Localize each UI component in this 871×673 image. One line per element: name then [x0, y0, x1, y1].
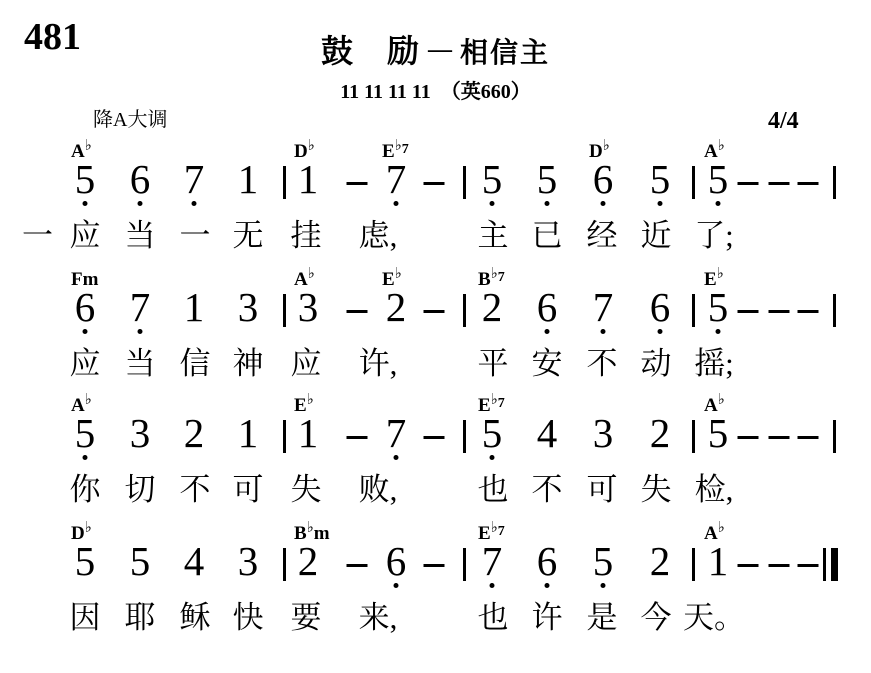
duration-dash [347, 310, 368, 313]
lyric-syllable: 不 [532, 474, 563, 505]
note-number: 6 [537, 287, 558, 328]
duration-dash [347, 436, 368, 439]
note-number: 7 [482, 541, 503, 582]
barline [692, 420, 695, 453]
duration-dash [769, 436, 790, 439]
octave-dot-low [490, 455, 495, 460]
note-number: 1 [238, 159, 259, 200]
note-number: 1 [708, 541, 729, 582]
lyric-syllable: 经 [587, 220, 618, 251]
octave-dot-low [601, 583, 606, 588]
flat-icon: ♭ [718, 138, 725, 154]
flat-icon: ♭ [395, 138, 402, 154]
flat-icon: ♭ [308, 266, 315, 282]
barline [463, 548, 466, 581]
lyric-syllable: 可 [587, 474, 618, 505]
note-number: 5 [75, 159, 96, 200]
octave-dot-low [138, 201, 143, 206]
note-number: 5 [75, 541, 96, 582]
lyric-syllable: 败, [359, 474, 398, 505]
note-number: 3 [593, 413, 614, 454]
octave-dot-low [545, 583, 550, 588]
note-number: 5 [593, 541, 614, 582]
duration-dash [424, 564, 445, 567]
lyric-syllable: 失 [641, 474, 672, 505]
lyric-syllable: 神 [233, 348, 264, 379]
note-number: 1 [298, 159, 319, 200]
note-number: 1 [238, 413, 259, 454]
lyric-syllable: 应 [291, 348, 322, 379]
note-number: 7 [130, 287, 151, 328]
barline [283, 548, 286, 581]
notation-area: A♭5671D♭1E♭7755D♭65A♭5一应当一无挂虑,主已经近了; Fm6… [0, 0, 871, 673]
barline [463, 420, 466, 453]
lyric-syllable: 切 [125, 474, 156, 505]
chord-extension: 7 [498, 396, 505, 411]
lyric-syllable: 信 [180, 348, 211, 379]
lyric-syllable: 许 [532, 602, 563, 633]
lyric-syllable: 来, [359, 602, 398, 633]
note-number: 3 [130, 413, 151, 454]
lyric-syllable: 应 [70, 220, 101, 251]
lyric-syllable: 不 [180, 474, 211, 505]
lyric-syllable: 今 [641, 602, 672, 633]
flat-icon: ♭ [307, 392, 314, 408]
duration-dash [738, 436, 759, 439]
note-number: 5 [708, 287, 729, 328]
octave-dot-low [83, 329, 88, 334]
note-number: 2 [650, 541, 671, 582]
duration-dash [424, 310, 445, 313]
lyric-syllable: 快 [233, 602, 264, 633]
barline [283, 166, 286, 199]
final-barline-thin [823, 548, 826, 581]
duration-dash [798, 182, 819, 185]
note-number: 5 [650, 159, 671, 200]
music-system-1: A♭5671D♭1E♭7755D♭65A♭5一应当一无挂虑,主已经近了; [0, 140, 871, 268]
verse-number: 一 [22, 220, 53, 251]
note-number: 7 [386, 413, 407, 454]
flat-icon: ♭ [491, 266, 498, 282]
lyric-syllable: 因 [70, 602, 101, 633]
flat-icon: ♭ [395, 266, 402, 282]
chord-extension: 7 [498, 270, 505, 285]
lyric-syllable: 要 [291, 602, 322, 633]
octave-dot-low [545, 201, 550, 206]
duration-dash [769, 182, 790, 185]
lyric-syllable: 稣 [180, 602, 211, 633]
lyric-syllable: 可 [233, 474, 264, 505]
octave-dot-low [658, 201, 663, 206]
barline [833, 420, 836, 453]
duration-dash [769, 310, 790, 313]
duration-dash [798, 436, 819, 439]
barline [692, 166, 695, 199]
lyric-syllable: 当 [125, 220, 156, 251]
lyric-syllable: 虑, [359, 220, 398, 251]
lyric-syllable: 一 [180, 220, 211, 251]
note-number: 1 [184, 287, 205, 328]
lyric-syllable: 不 [587, 348, 618, 379]
barline [283, 294, 286, 327]
note-number: 2 [650, 413, 671, 454]
barline [833, 294, 836, 327]
lyric-syllable: 主 [478, 220, 509, 251]
music-system-2: Fm6713A♭3E♭2B♭72676E♭5应当信神应许,平安不动摇; [0, 268, 871, 396]
octave-dot-low [601, 329, 606, 334]
note-number: 6 [75, 287, 96, 328]
octave-dot-low [83, 201, 88, 206]
note-number: 5 [130, 541, 151, 582]
note-number: 7 [386, 159, 407, 200]
note-number: 5 [537, 159, 558, 200]
flat-icon: ♭ [491, 392, 498, 408]
note-number: 5 [482, 159, 503, 200]
octave-dot-low [83, 455, 88, 460]
lyric-syllable: 天。 [683, 602, 745, 633]
duration-dash [769, 564, 790, 567]
note-number: 1 [298, 413, 319, 454]
octave-dot-low [192, 201, 197, 206]
note-number: 2 [386, 287, 407, 328]
lyric-syllable: 动 [641, 348, 672, 379]
note-number: 7 [184, 159, 205, 200]
lyric-syllable: 无 [233, 220, 264, 251]
note-number: 4 [537, 413, 558, 454]
octave-dot-low [601, 201, 606, 206]
barline [692, 548, 695, 581]
note-number: 6 [130, 159, 151, 200]
lyric-syllable: 挂 [291, 220, 322, 251]
final-barline-thick [831, 548, 838, 581]
octave-dot-low [394, 455, 399, 460]
note-number: 5 [708, 159, 729, 200]
lyric-syllable: 安 [532, 348, 563, 379]
flat-icon: ♭ [491, 520, 498, 536]
lyric-syllable: 摇; [694, 348, 734, 379]
flat-icon: ♭ [603, 138, 610, 154]
flat-icon: ♭ [718, 520, 725, 536]
lyric-syllable: 耶 [125, 602, 156, 633]
octave-dot-low [394, 201, 399, 206]
flat-icon: ♭ [307, 520, 314, 536]
flat-icon: ♭ [85, 138, 92, 154]
lyric-syllable: 平 [478, 348, 509, 379]
octave-dot-low [545, 329, 550, 334]
duration-dash [798, 564, 819, 567]
octave-dot-low [716, 201, 721, 206]
lyric-syllable: 检, [695, 474, 734, 505]
octave-dot-low [490, 583, 495, 588]
hymn-sheet-page: 481 鼓 励—相信主 11 11 11 11（英660） 降A大调 4/4 A… [0, 0, 871, 673]
barline [463, 294, 466, 327]
duration-dash [738, 564, 759, 567]
duration-dash [738, 182, 759, 185]
flat-icon: ♭ [308, 138, 315, 154]
note-number: 7 [593, 287, 614, 328]
octave-dot-low [716, 329, 721, 334]
duration-dash [347, 182, 368, 185]
lyric-syllable: 也 [478, 474, 509, 505]
note-number: 3 [238, 541, 259, 582]
note-number: 6 [386, 541, 407, 582]
octave-dot-low [490, 201, 495, 206]
lyric-syllable: 了; [694, 220, 734, 251]
duration-dash [798, 310, 819, 313]
note-number: 2 [482, 287, 503, 328]
barline [692, 294, 695, 327]
duration-dash [738, 310, 759, 313]
lyric-syllable: 已 [532, 220, 563, 251]
note-number: 2 [184, 413, 205, 454]
flat-icon: ♭ [85, 392, 92, 408]
lyric-syllable: 你 [70, 474, 101, 505]
octave-dot-low [658, 329, 663, 334]
flat-icon: ♭ [717, 266, 724, 282]
barline [463, 166, 466, 199]
music-system-4: D♭5543B♭m26E♭77652A♭1因耶稣快要来,也许是今天。 [0, 522, 871, 650]
lyric-syllable: 许, [359, 348, 398, 379]
note-number: 5 [482, 413, 503, 454]
duration-dash [424, 182, 445, 185]
note-number: 6 [537, 541, 558, 582]
lyric-syllable: 当 [125, 348, 156, 379]
octave-dot-low [138, 329, 143, 334]
duration-dash [424, 436, 445, 439]
note-number: 3 [298, 287, 319, 328]
octave-dot-low [394, 583, 399, 588]
barline [833, 166, 836, 199]
lyric-syllable: 是 [587, 602, 618, 633]
note-number: 3 [238, 287, 259, 328]
note-number: 4 [184, 541, 205, 582]
lyric-syllable: 也 [478, 602, 509, 633]
chord-extension: 7 [402, 142, 409, 157]
lyric-syllable: 应 [70, 348, 101, 379]
lyric-syllable: 失 [291, 474, 322, 505]
note-number: 2 [298, 541, 319, 582]
note-number: 5 [708, 413, 729, 454]
duration-dash [347, 564, 368, 567]
barline [283, 420, 286, 453]
note-number: 6 [650, 287, 671, 328]
flat-icon: ♭ [718, 392, 725, 408]
chord-extension: 7 [498, 524, 505, 539]
music-system-3: A♭5321E♭17E♭75432A♭5你切不可失败,也不可失检, [0, 394, 871, 522]
note-number: 5 [75, 413, 96, 454]
lyric-syllable: 近 [641, 220, 672, 251]
flat-icon: ♭ [85, 520, 92, 536]
note-number: 6 [593, 159, 614, 200]
